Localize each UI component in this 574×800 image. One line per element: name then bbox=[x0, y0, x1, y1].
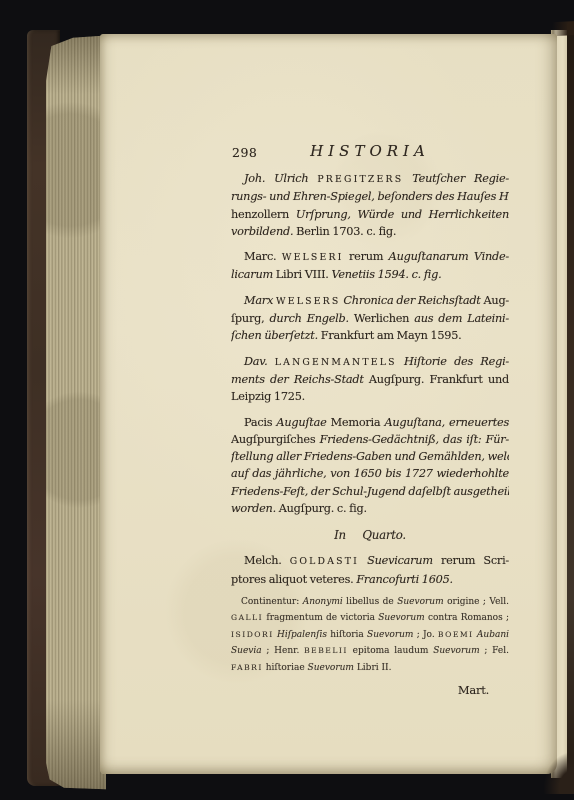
text-segment: Suevorum bbox=[308, 663, 354, 673]
text-segment: Augſpurg. Frankfurt und bbox=[369, 373, 509, 386]
text-line: ſchen überſetzt. Frankfurt am Mayn 1595. bbox=[231, 327, 509, 344]
text-segment: Continentur: bbox=[241, 597, 303, 607]
text-segment: WELSERI bbox=[282, 252, 344, 263]
text-segment: Dav. bbox=[244, 355, 275, 368]
text-segment: ſchen überſetzt. bbox=[231, 329, 321, 342]
text-segment: licarum bbox=[231, 268, 276, 281]
text-segment: Augſpurgiſches bbox=[231, 433, 320, 446]
text-segment: Suevorum bbox=[433, 646, 479, 656]
text-segment: Aug- bbox=[484, 294, 509, 307]
text-segment: ; Henr. bbox=[262, 646, 304, 656]
text-line: ſpurg, durch Engelb. Werlichen aus dem L… bbox=[231, 310, 509, 327]
text-line: GALLI fragmentum de victoria Suevorum co… bbox=[231, 610, 509, 627]
text-segment: Venetiis 1594. c. fig. bbox=[331, 268, 441, 281]
text-line: Joh. Ulrich PREGITZERS Teutſcher Regie- bbox=[231, 170, 509, 188]
text-line: Marx WELSERS Chronica der Reichsſtadt Au… bbox=[231, 292, 509, 310]
text-segment: Werlichen bbox=[354, 312, 414, 325]
book-page: 298 HISTORIA Joh. Ulrich PREGITZERS Teut… bbox=[100, 34, 557, 774]
entry-paragraph: Marx WELSERS Chronica der Reichsſtadt Au… bbox=[231, 292, 509, 345]
text-segment: henzollern bbox=[231, 208, 296, 221]
text-line: licarum Libri VIII. Venetiis 1594. c. fi… bbox=[231, 266, 509, 283]
text-line: henzollern Urſprung, Würde und Herrlichk… bbox=[231, 206, 509, 223]
text-segment: Berlin 1703. c. fig. bbox=[296, 225, 396, 238]
text-segment: Hiſtorie des Regi- bbox=[397, 355, 509, 368]
text-segment: Libri II. bbox=[354, 663, 392, 673]
text-segment: libellus de bbox=[343, 597, 397, 607]
page-header: 298 HISTORIA bbox=[231, 142, 509, 162]
text-segment: LANGENMANTELS bbox=[275, 357, 397, 368]
text-line: Melch. GOLDASTI Suevicarum rerum Scri- bbox=[231, 552, 509, 570]
text-segment: Aubani bbox=[477, 630, 509, 640]
text-segment: contra Romanos ; bbox=[425, 613, 509, 623]
text-segment: Marc. bbox=[244, 250, 282, 263]
text-segment: Pacis bbox=[244, 416, 276, 429]
text-segment: Suevorum bbox=[397, 597, 443, 607]
entry-paragraph: Pacis Auguſtae Memoria Auguſtana, erneue… bbox=[231, 414, 509, 518]
text-segment: Auguſtanarum Vinde- bbox=[389, 250, 509, 263]
text-line: worden. Augſpurg. c. fig. bbox=[231, 500, 509, 517]
text-line: FABRI hiſtoriae Suevorum Libri II. bbox=[231, 660, 509, 677]
book-cover-right-edge bbox=[567, 24, 574, 790]
text-segment: aus dem Lateini- bbox=[414, 312, 509, 325]
text-segment: Suevorum bbox=[367, 630, 413, 640]
text-line: ptores aliquot veteres. Francofurti 1605… bbox=[231, 571, 509, 588]
text-segment: ſtellung aller Friedens-Gaben und Gemähl… bbox=[231, 450, 509, 463]
section-heading: In Quarto. bbox=[231, 527, 509, 544]
text-line: ments der Reichs-Stadt Augſpurg. Frankfu… bbox=[231, 371, 509, 388]
page-fore-edge-stack bbox=[46, 34, 106, 790]
text-line: auf das jährliche, von 1650 bis 1727 wie… bbox=[231, 465, 509, 482]
text-segment: Augſpurg. c. fig. bbox=[279, 502, 367, 515]
text-line: Suevia ; Henr. BEBELII epitoma laudum Su… bbox=[231, 643, 509, 660]
text-segment: GOLDASTI bbox=[290, 556, 359, 567]
entries: Joh. Ulrich PREGITZERS Teutſcher Regie-r… bbox=[231, 170, 509, 676]
text-segment: rungs- und Ehren-Spiegel, beſonders des … bbox=[231, 190, 509, 203]
cover-bottom-right-corner bbox=[544, 752, 574, 794]
text-line: Friedens-Feſt, der Schul-Jugend daſelbſt… bbox=[231, 483, 509, 500]
entry-paragraph: Dav. LANGENMANTELS Hiſtorie des Regi-men… bbox=[231, 353, 509, 406]
text-segment: vorbildend. bbox=[231, 225, 296, 238]
text-segment: ments der Reichs-Stadt bbox=[231, 373, 369, 386]
text-segment: ſpurg, bbox=[231, 312, 269, 325]
text-line: rungs- und Ehren-Spiegel, beſonders des … bbox=[231, 188, 509, 205]
text-segment: Hiſpalenſis bbox=[277, 630, 327, 640]
text-segment bbox=[359, 554, 367, 567]
text-line: Augſpurgiſches Friedens-Gedächtniß, das … bbox=[231, 431, 509, 448]
entry-paragraph: Marc. WELSERI rerum Auguſtanarum Vinde-l… bbox=[231, 248, 509, 284]
book-scan: 298 HISTORIA Joh. Ulrich PREGITZERS Teut… bbox=[0, 0, 574, 800]
text-segment: ptores aliquot veteres. bbox=[231, 573, 356, 586]
text-line: Dav. LANGENMANTELS Hiſtorie des Regi- bbox=[231, 353, 509, 371]
text-segment: Suevia bbox=[231, 646, 262, 656]
text-segment: auf das jährliche, von 1650 bis 1727 wie… bbox=[231, 467, 509, 480]
text-segment: Auguſtana, erneuertes bbox=[384, 416, 509, 429]
text-segment: BOEMI bbox=[438, 630, 474, 639]
text-segment: Francofurti 1605. bbox=[356, 573, 453, 586]
text-segment: worden. bbox=[231, 502, 279, 515]
text-line: ISIDORI Hiſpalenſis hiſtoria Suevorum ; … bbox=[231, 627, 509, 644]
text-segment: fragmentum de victoria bbox=[263, 613, 378, 623]
text-segment: rerum bbox=[344, 250, 389, 263]
text-segment: Libri VIII. bbox=[276, 268, 332, 281]
contents-note: Continentur: Anonymi libellus de Suevoru… bbox=[231, 594, 509, 677]
text-segment: Joh. Ulrich bbox=[244, 172, 317, 185]
text-segment: Frankfurt am Mayn 1595. bbox=[321, 329, 462, 342]
text-segment: rerum Scri- bbox=[433, 554, 509, 567]
entry-paragraph: Melch. GOLDASTI Suevicarum rerum Scri-pt… bbox=[231, 552, 509, 588]
text-segment: WELSERS bbox=[276, 296, 340, 307]
text-segment: Friedens-Feſt, der Schul-Jugend daſelbſt… bbox=[231, 485, 509, 498]
text-line: Continentur: Anonymi libellus de Suevoru… bbox=[231, 594, 509, 611]
text-line: Leipzig 1725. bbox=[231, 388, 509, 405]
text-segment: Suevicarum bbox=[367, 554, 433, 567]
text-segment: Teutſcher Regie- bbox=[403, 172, 509, 185]
text-line: Marc. WELSERI rerum Auguſtanarum Vinde- bbox=[231, 248, 509, 266]
text-segment: BEBELII bbox=[304, 646, 348, 655]
text-segment: hiſtoriae bbox=[263, 663, 308, 673]
text-segment: hiſtoria bbox=[327, 630, 367, 640]
text-line: vorbildend. Berlin 1703. c. fig. bbox=[231, 223, 509, 240]
text-segment: Auguſtae bbox=[276, 416, 330, 429]
text-line: Pacis Auguſtae Memoria Auguſtana, erneue… bbox=[231, 414, 509, 431]
text-segment: epitoma laudum bbox=[348, 646, 433, 656]
text-segment: ISIDORI bbox=[231, 630, 274, 639]
text-segment: Leipzig 1725. bbox=[231, 390, 305, 403]
running-head: HISTORIA bbox=[231, 142, 509, 160]
text-segment: Marx bbox=[244, 294, 276, 307]
catchword: Mart. bbox=[231, 683, 509, 697]
printed-text-block: 298 HISTORIA Joh. Ulrich PREGITZERS Teut… bbox=[231, 142, 509, 697]
text-segment: Melch. bbox=[244, 554, 290, 567]
text-segment: ; Jo. bbox=[413, 630, 437, 640]
text-segment: Friedens-Gedächtniß, das iſt: Für- bbox=[320, 433, 509, 446]
text-segment: Urſprung, Würde und Herrlichkeiten bbox=[296, 208, 509, 221]
text-segment: origine ; Vell. bbox=[444, 597, 509, 607]
text-segment: Anonymi bbox=[303, 597, 343, 607]
text-segment: Chronica der Reichsſtadt bbox=[340, 294, 483, 307]
entry-paragraph: Joh. Ulrich PREGITZERS Teutſcher Regie-r… bbox=[231, 170, 509, 240]
text-segment: Suevorum bbox=[378, 613, 424, 623]
text-line: ſtellung aller Friedens-Gaben und Gemähl… bbox=[231, 448, 509, 465]
text-segment: durch Engelb. bbox=[269, 312, 353, 325]
text-segment: FABRI bbox=[231, 663, 263, 672]
text-segment: PREGITZERS bbox=[317, 174, 403, 185]
text-segment: Memoria bbox=[331, 416, 385, 429]
text-segment: GALLI bbox=[231, 613, 263, 622]
text-segment: ; Fel. bbox=[480, 646, 509, 656]
